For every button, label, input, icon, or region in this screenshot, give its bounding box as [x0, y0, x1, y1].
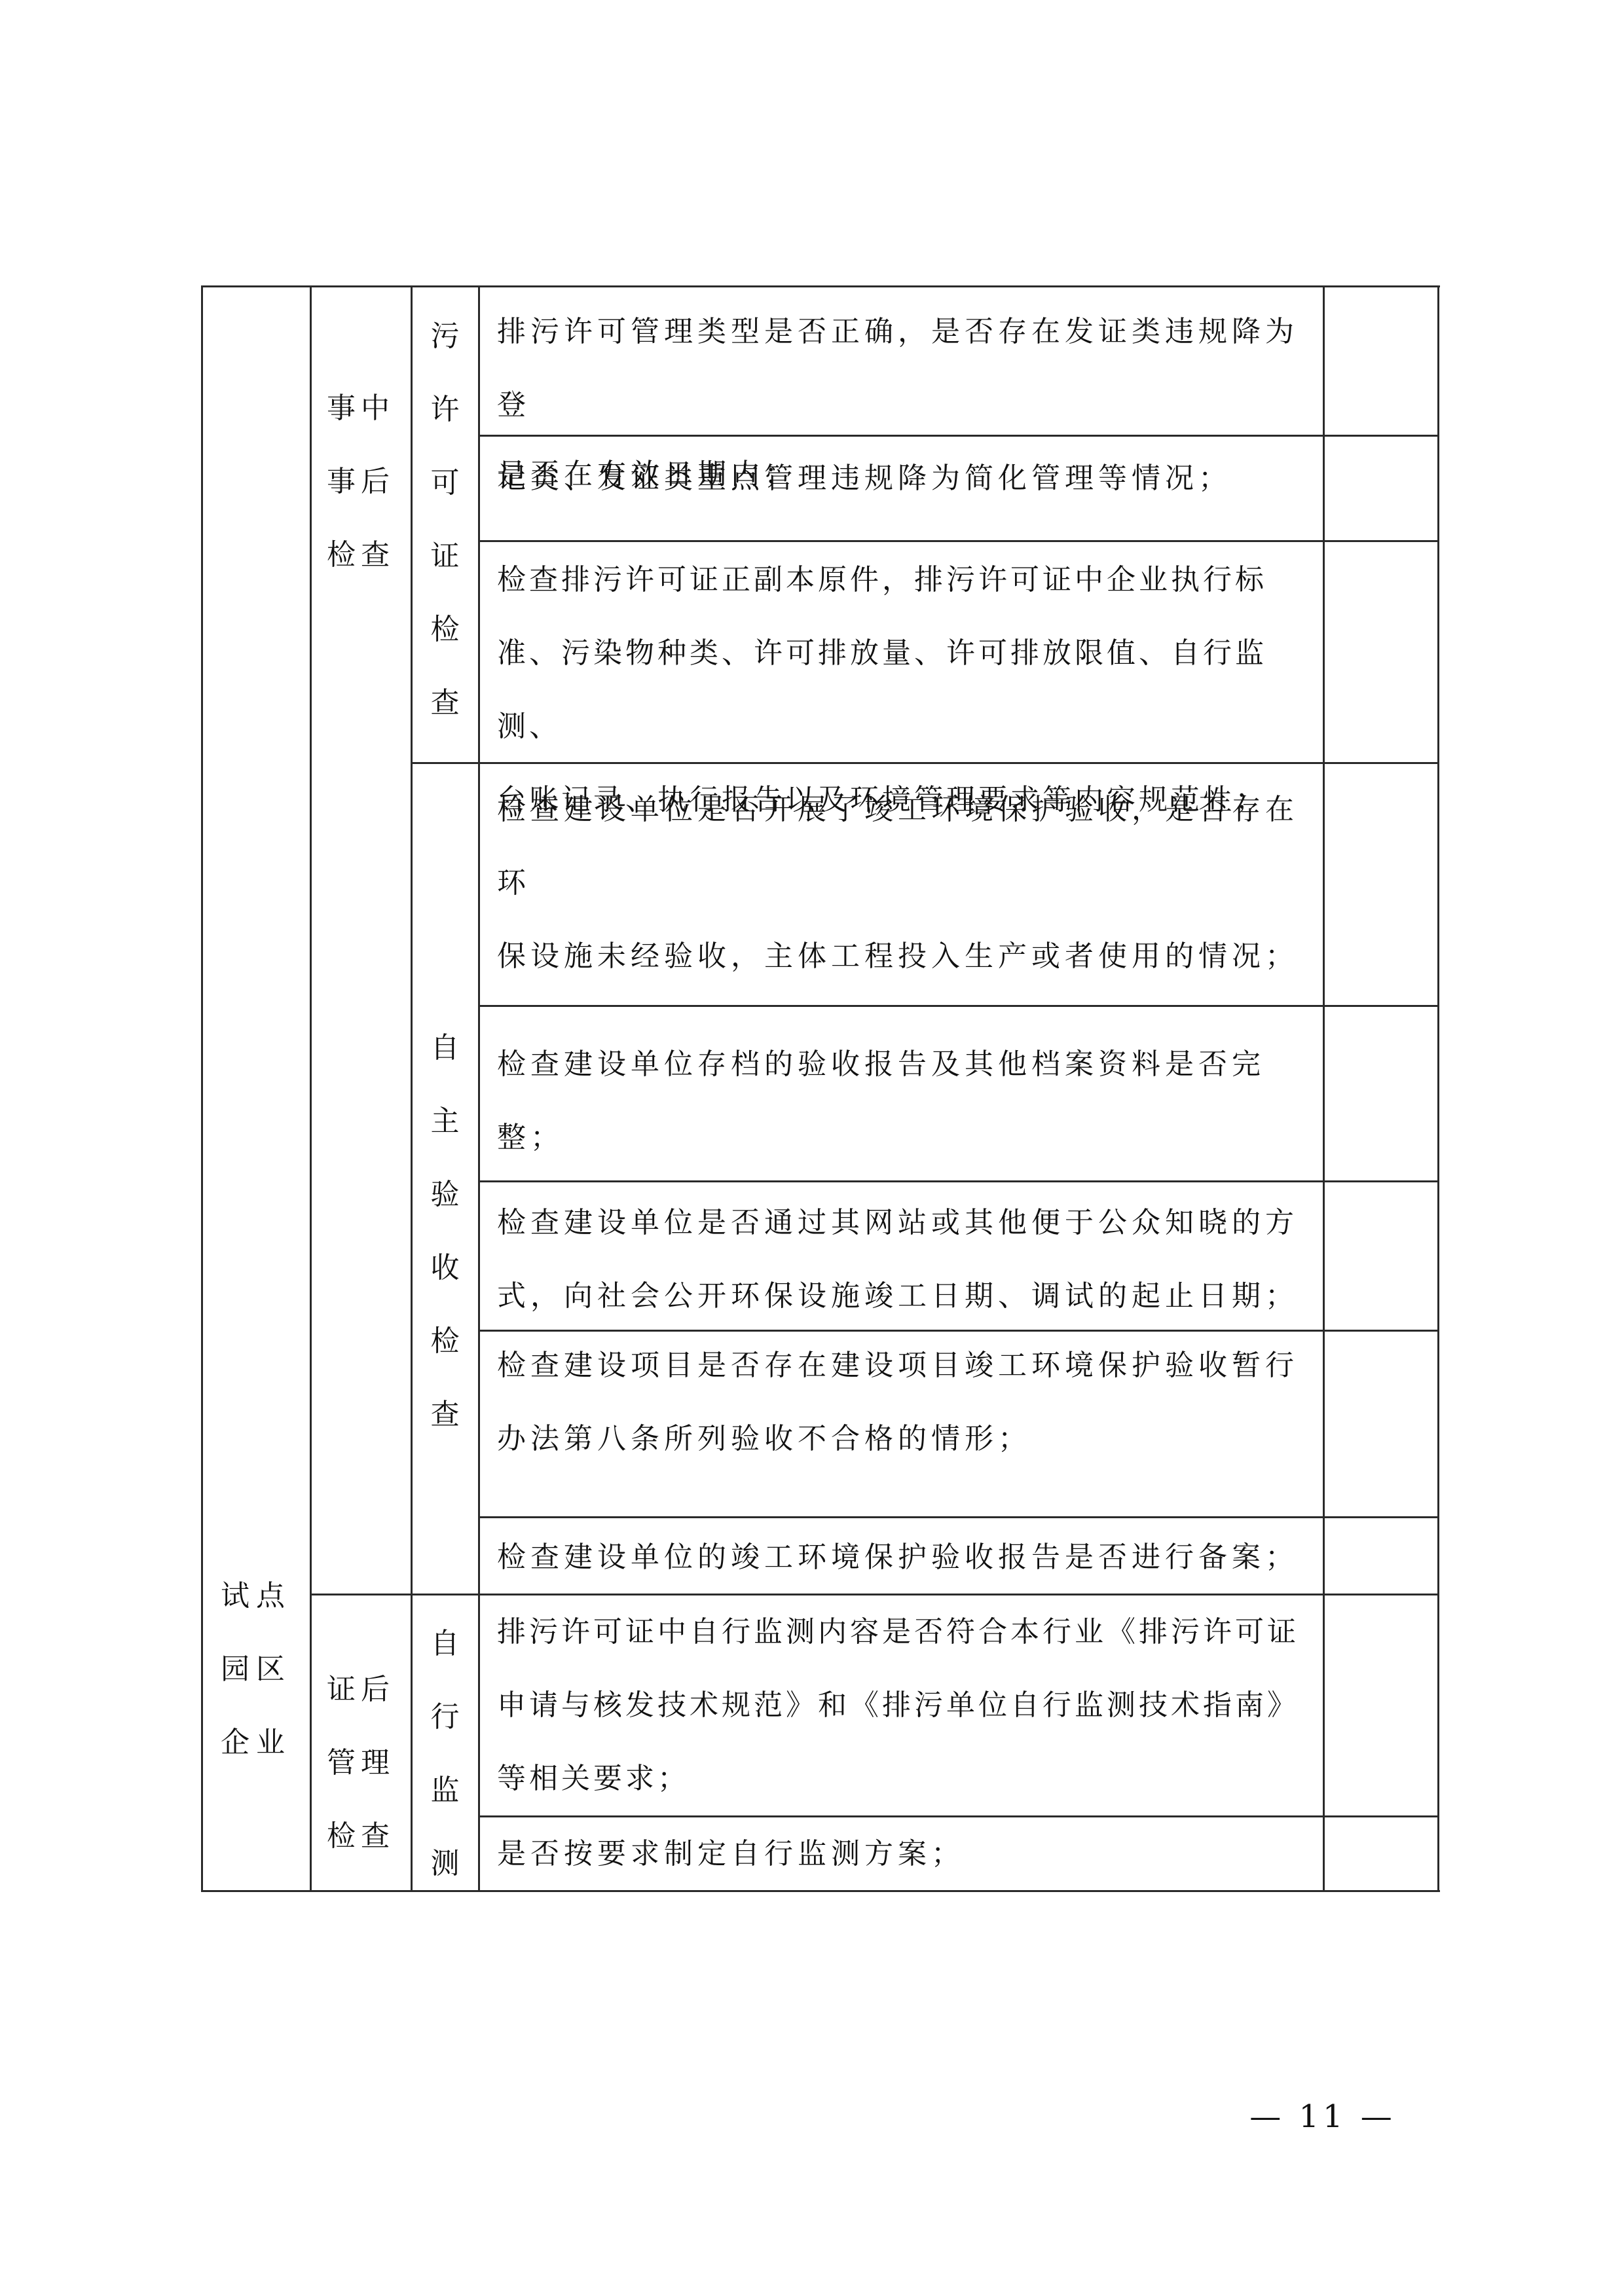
stage-label-post-permit: 证后 管理 检查	[310, 1653, 411, 1873]
check-item: 是否在有效日期内；	[479, 435, 1323, 541]
check-item: 检查建设项目是否存在建设项目竣工环境保护验收暂行 办法第八条所列验收不合格的情形…	[479, 1330, 1323, 1517]
check-item: 排污许可管理类型是否正确，是否存在发证类违规降为登 记类、发证类重点管理违规降为…	[479, 286, 1323, 435]
check-item: 检查建设单位存档的验收报告及其他档案资料是否完整；	[479, 1006, 1323, 1181]
result-cell[interactable]	[1323, 1816, 1438, 1891]
check-item: 检查建设单位是否通过其网站或其他便于公众知晓的方 式，向社会公开环保设施竣工日期…	[479, 1181, 1323, 1330]
check-item-text: 是否按要求制定自行监测方案；	[479, 1817, 1323, 1891]
check-item-text: 检查建设项目是否存在建设项目竣工环境保护验收暂行 办法第八条所列验收不合格的情形…	[479, 1329, 1323, 1476]
check-item: 检查排污许可证正副本原件，排污许可证中企业执行标 准、污染物种类、许可排放量、许…	[479, 541, 1323, 763]
page-number: — 11 —	[1244, 2098, 1401, 2135]
result-cell[interactable]	[1323, 286, 1438, 435]
check-item: 检查建设单位是否开展了竣工环境保护验收，是否存在环 保设施未经验收，主体工程投入…	[479, 763, 1323, 1006]
result-cell[interactable]	[1323, 435, 1438, 541]
group-label-acceptance-check: 自 主 验 收 检 查	[411, 1011, 479, 1451]
stage-label-in-process: 事中 事后 检查	[310, 372, 411, 592]
result-cell[interactable]	[1323, 1517, 1438, 1594]
check-item: 排污许可证中自行监测内容是否符合本行业《排污许可证 申请与核发技术规范》和《排污…	[479, 1594, 1323, 1816]
result-cell[interactable]	[1323, 1330, 1438, 1517]
check-item-text: 检查建设单位是否通过其网站或其他便于公众知晓的方 式，向社会公开环保设施竣工日期…	[479, 1186, 1323, 1333]
check-item: 检查建设单位的竣工环境保护验收报告是否进行备案；	[479, 1517, 1323, 1594]
document-page: 试点 园区 企业 事中 事后 检查 证后 管理 检查 污 许 可 证 检 查 自…	[0, 0, 1624, 2296]
check-item-text: 检查建设单位的竣工环境保护验收报告是否进行备案；	[479, 1521, 1323, 1594]
check-item-text: 排污许可证中自行监测内容是否符合本行业《排污许可证 申请与核发技术规范》和《排污…	[479, 1595, 1323, 1815]
check-item-text: 检查建设单位是否开展了竣工环境保护验收，是否存在环 保设施未经验收，主体工程投入…	[479, 773, 1323, 993]
check-item-text: 检查建设单位存档的验收报告及其他档案资料是否完整；	[479, 1028, 1323, 1175]
result-cell[interactable]	[1323, 1006, 1438, 1181]
result-cell[interactable]	[1323, 541, 1438, 763]
group-label-self-monitoring: 自 行 监 测	[411, 1607, 479, 1901]
check-item: 是否按要求制定自行监测方案；	[479, 1816, 1323, 1891]
result-cell[interactable]	[1323, 1594, 1438, 1816]
result-cell[interactable]	[1323, 763, 1438, 1006]
check-item-text: 是否在有效日期内；	[479, 438, 1323, 511]
group-label-permit-check: 污 许 可 证 检 查	[411, 300, 479, 740]
result-cell[interactable]	[1323, 1181, 1438, 1330]
category-label: 试点 园区 企业	[202, 1559, 310, 1779]
